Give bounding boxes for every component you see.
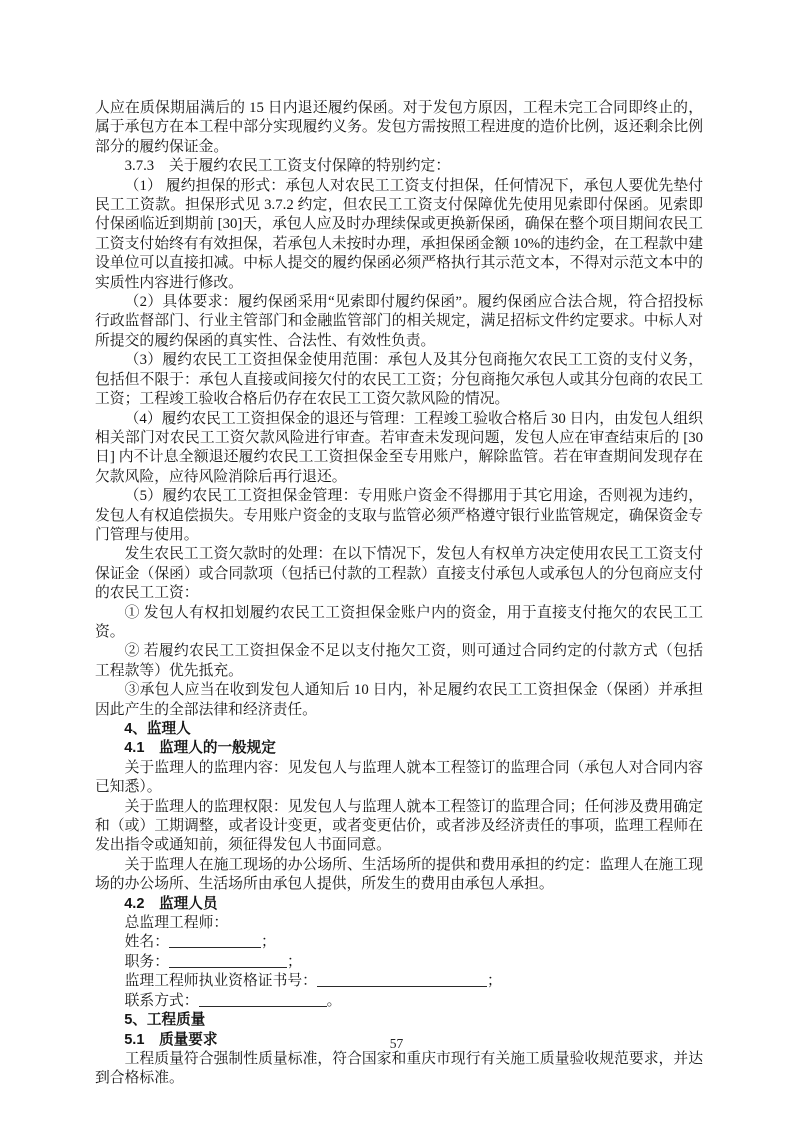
field-line-contact: 联系方式：。 [95,992,703,1011]
document-page: 人应在质保期届满后的 15 日内退还履约保函。对于发包方原因，工程未完工合同即终… [0,0,793,1122]
chief-supervisor-line: 总监理工程师： [95,914,703,933]
field-suffix-certificate: ； [487,973,502,989]
quality-requirement-paragraph: 工程质量符合强制性质量标准，符合国家和重庆市现行有关施工质量验收规范要求，并达到… [95,1050,703,1089]
blank-underline-duty [169,955,287,968]
clause-item-1: （1） 履约担保的形式：承包人对农民工工资支付担保，任何情况下，承包人要优先垫付… [95,177,703,293]
clause-3-7-3-heading: 3.7.3 关于履约农民工工资支付保障的特别约定： [95,157,703,176]
supervision-content-paragraph: 关于监理人的监理内容：见发包人与监理人就本工程签订的监理合同（承包人对合同内容已… [95,759,703,798]
supervision-premises-paragraph: 关于监理人在施工现场的办公场所、生活场所的提供和费用承担的约定：监理人在施工现场… [95,856,703,895]
blank-underline-contact [199,994,327,1007]
field-line-certificate: 监理工程师执业资格证书号：； [95,972,703,991]
section-4-heading: 4、监理人 [95,720,703,739]
field-label-contact: 联系方式： [125,993,199,1009]
field-line-name: 姓名：； [95,933,703,952]
field-suffix-contact: 。 [327,993,342,1009]
section-4-2-heading: 4.2 监理人员 [95,895,703,914]
numbered-item-1: ① 发包人有权扣划履约农民工工资担保金账户内的资金，用于直接支付拖欠的农民工工资… [95,604,703,643]
numbered-item-2: ② 若履约农民工工资担保金不足以支付拖欠工资，则可通过合同约定的付款方式（包括工… [95,642,703,681]
section-5-heading: 5、工程质量 [95,1011,703,1030]
field-label-duty: 职务： [125,954,169,970]
paragraph-continuation: 人应在质保期届满后的 15 日内退还履约保函。对于发包方原因，工程未完工合同即终… [95,99,703,157]
field-suffix-name: ； [261,934,276,950]
arrears-handling-paragraph: 发生农民工工资欠款时的处理：在以下情况下，发包人有权单方决定使用农民工工资支付保… [95,545,703,603]
supervision-authority-paragraph: 关于监理人的监理权限：见发包人与监理人就本工程签订的监理合同；任何涉及费用确定和… [95,798,703,856]
clause-item-3: （3）履约农民工工资担保金使用范围：承包人及其分包商拖欠农民工工资的支付义务，包… [95,351,703,409]
clause-item-4: （4）履约农民工工资担保金的退还与管理：工程竣工验收合格后 30 日内，由发包人… [95,410,703,488]
numbered-item-3: ③承包人应当在收到发包人通知后 10 日内，补足履约农民工工资担保金（保函）并承… [95,681,703,720]
blank-underline-certificate [317,974,487,987]
clause-item-5: （5）履约农民工工资担保金管理：专用账户资金不得挪用于其它用途，否则视为违约，发… [95,487,703,545]
field-label-name: 姓名： [125,934,169,950]
field-suffix-duty: ； [287,954,302,970]
blank-underline-name [169,935,261,948]
field-line-duty: 职务：； [95,953,703,972]
clause-item-2: （2）具体要求：履约保函采用“见索即付履约保函”。履约保函应合法合规，符合招投标… [95,293,703,351]
section-4-1-heading: 4.1 监理人的一般规定 [95,739,703,758]
page-number: 57 [0,1036,793,1052]
field-label-certificate: 监理工程师执业资格证书号： [125,973,317,989]
document-content: 人应在质保期届满后的 15 日内退还履约保函。对于发包方原因，工程未完工合同即终… [95,99,703,1089]
